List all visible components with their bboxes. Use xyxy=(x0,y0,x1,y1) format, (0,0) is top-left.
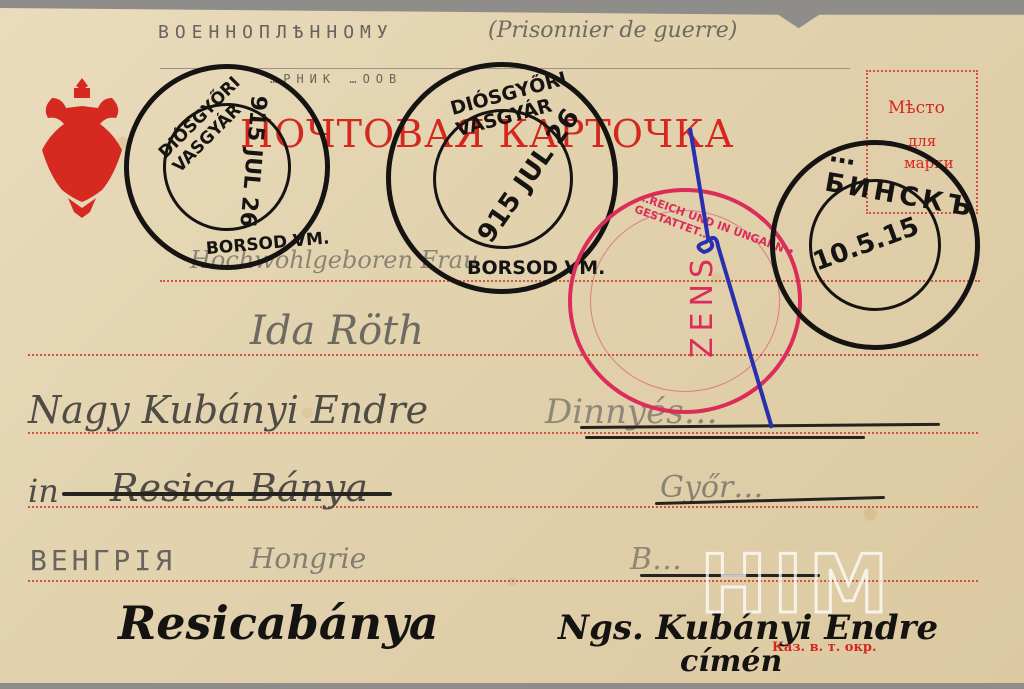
address-line-2-crossed: Resica Bánya xyxy=(110,466,368,510)
header-note: (Prisonnier de guerre) xyxy=(488,18,737,43)
address-line-2 xyxy=(28,354,978,356)
country-typed: ВЕНГРІЯ xyxy=(30,544,176,577)
typed-sub: …РНИК …ООВ xyxy=(270,72,402,86)
address-line-2-prefix: in xyxy=(28,472,59,510)
strike-line-2 xyxy=(62,492,392,496)
double-headed-eagle-icon xyxy=(32,68,132,218)
addressee-name: Ida Röth xyxy=(250,308,424,354)
postmark-diosgyor-1: 915 JUL 26 DIÓSGYŐRI VASGYÁR BORSOD VM. xyxy=(115,55,338,278)
postcard: ВОЕННОПЛѢННОМУ (Prisonnier de guerre) …Р… xyxy=(0,8,1024,683)
blue-pencil-mark xyxy=(680,128,790,438)
country-note: Hongrie xyxy=(250,542,366,575)
watermark-logo: HIM xyxy=(700,538,894,631)
redirect-place: Resicabánya xyxy=(118,596,439,650)
address-line-1-text: Nagy Kubányi Endre xyxy=(28,388,428,432)
address-line-3 xyxy=(28,432,978,434)
redirect-suffix: címén xyxy=(680,644,782,679)
stamp-box-label: Мѣсто xyxy=(888,98,945,118)
printer-mark: Каз. в. т. окр. xyxy=(772,640,876,655)
address-line-3-crossed: B… xyxy=(630,542,682,577)
